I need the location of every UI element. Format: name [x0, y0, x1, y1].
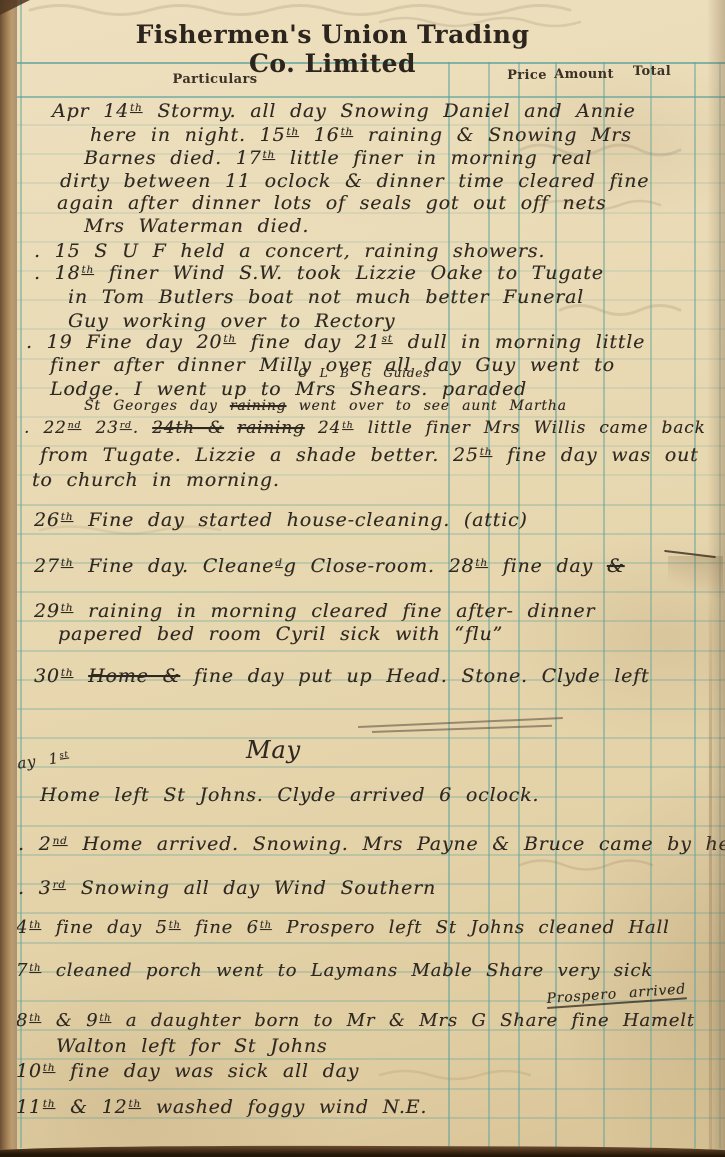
handwritten-line: . 2nd Home arrived. Snowing. Mrs Payne &… [18, 833, 725, 855]
ledger-horizontal-rule [17, 825, 725, 827]
handwritten-line: Mrs Waterman died. [84, 215, 309, 237]
handwritten-line: C L B G Guides [298, 366, 430, 380]
column-label-price: Price [497, 68, 557, 83]
handwritten-line: 7th cleaned porch went to Laymans Mable … [16, 960, 653, 981]
right-crease [709, 590, 712, 1150]
handwritten-line: Walton left for St Johns [56, 1035, 327, 1057]
column-label-particulars: Particulars [163, 72, 267, 87]
column-label-total: Total [621, 64, 683, 79]
handwritten-line: dirty between 11 oclock & dinner time cl… [60, 170, 649, 192]
ledger-horizontal-rule [17, 942, 725, 944]
ledger-page: Fishermen's Union Trading Co. Limited Pa… [0, 0, 725, 1157]
handwritten-line: 11th & 12th washed foggy wind N.E. [16, 1096, 427, 1118]
ledger-horizontal-rule [17, 1088, 725, 1090]
handwritten-line: . 15 S U F held a concert, raining showe… [34, 240, 545, 262]
handwritten-line: St Georges day raining went over to see … [84, 398, 567, 414]
ledger-horizontal-rule [17, 650, 725, 652]
bottom-book-edge [0, 1145, 725, 1157]
handwritten-line: Lodge. I went up to Mrs Shears. paraded [50, 378, 527, 400]
handwritten-line: to church in morning. [32, 469, 280, 491]
handwritten-line: 29th raining in morning cleared fine aft… [34, 600, 595, 622]
handwritten-line: . 22nd 23rd. 24th & raining 24th little … [24, 418, 706, 438]
page-title: Fishermen's Union Trading Co. Limited [110, 20, 555, 78]
corner-mark [0, 0, 30, 15]
handwritten-line: papered bed room Cyril sick with “flu” [58, 623, 503, 645]
ledger-horizontal-rule [17, 912, 725, 914]
handwritten-line: 10th fine day was sick all day [16, 1060, 359, 1082]
ledger-horizontal-rule [17, 504, 725, 506]
handwritten-line: 8th & 9th a daughter born to Mr & Mrs G … [16, 1010, 695, 1031]
handwritten-line: Guy working over to Rectory [68, 310, 395, 332]
ledger-horizontal-rule [17, 766, 725, 768]
ledger-horizontal-rule [17, 708, 725, 710]
ledger-horizontal-rule [17, 737, 725, 739]
handwritten-line: Apr 14th Stormy. all day Snowing Daniel … [52, 100, 636, 122]
handwritten-line: 4th fine day 5th fine 6th Prospero left … [16, 917, 670, 938]
handwritten-line: 27th Fine day. Cleanedg Close-room. 28th… [34, 555, 625, 577]
handwritten-line: Home left St Johns. Clyde arrived 6 oclo… [40, 784, 539, 806]
handwritten-line: Prospero arrived [546, 981, 687, 1009]
handwritten-line: . 3rd Snowing all day Wind Southern [18, 877, 436, 899]
page-fold-shade [668, 556, 723, 602]
handwritten-line: 26th Fine day started house-cleaning. (a… [34, 509, 528, 531]
handwritten-line: again after dinner lots of seals got out… [57, 192, 607, 214]
ledger-horizontal-rule [17, 591, 725, 593]
handwritten-line: Barnes died. 17th little finer in mornin… [84, 147, 592, 169]
handwritten-line: . 18th finer Wind S.W. took Lizzie Oake … [34, 262, 604, 284]
ledger-vertical-rule [694, 62, 696, 1148]
left-page-edge [0, 0, 17, 1157]
handwritten-line: May [246, 736, 301, 764]
handwritten-line: from Tugate. Lizzie a shade better. 25th… [40, 444, 699, 466]
column-label-amount: Amount [549, 67, 619, 82]
pencil-scribble [372, 725, 552, 733]
handwritten-line: here in night. 15th 16th raining & Snowi… [90, 124, 632, 146]
handwritten-line: 30th Home & fine day put up Head. Stone.… [34, 665, 649, 687]
handwritten-line: in Tom Butlers boat not much better Fune… [68, 286, 584, 308]
handwritten-line: . 19 Fine day 20th fine day 21st dull in… [26, 331, 645, 353]
ledger-vertical-rule [603, 62, 605, 1148]
ledger-horizontal-rule [17, 533, 725, 535]
ledger-horizontal-rule [17, 96, 725, 98]
